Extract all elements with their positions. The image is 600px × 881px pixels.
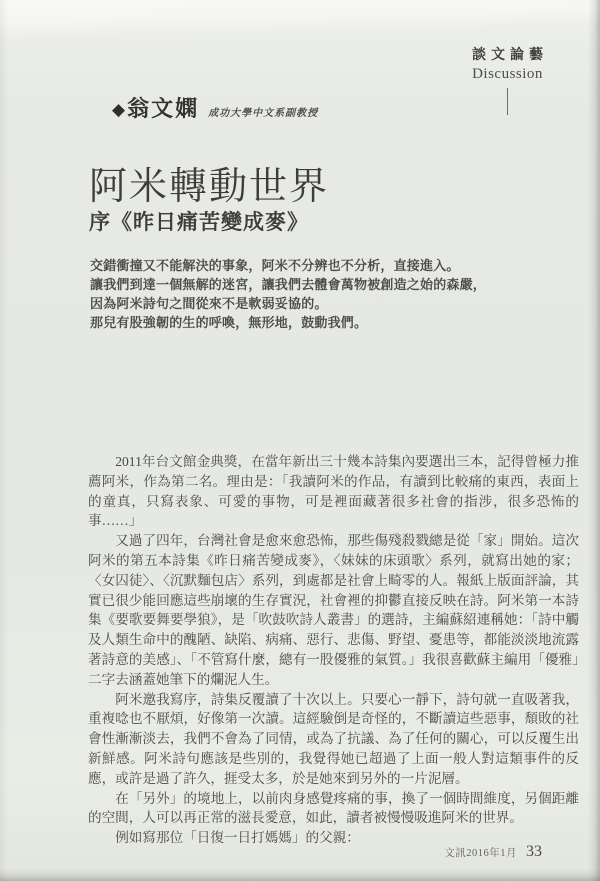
journal-name: 文訊2016年1月	[444, 845, 517, 860]
scan-left-shadow	[0, 0, 8, 881]
category-title-en: Discussion	[467, 66, 548, 83]
intro-block: 交錯衝撞又不能解決的事象，阿米不分辨也不分析，直接進入。 讓我們到達一個無解的迷…	[90, 256, 570, 332]
intro-line: 交錯衝撞又不能解決的事象，阿米不分辨也不分析，直接進入。	[90, 256, 570, 275]
body-paragraph: 在「另外」的境地上，以前肉身感覺疼痛的事，換了一個時間維度，另個距離的空間，人可…	[88, 789, 579, 829]
article-body: 2011年台文館金典獎，在當年新出三十幾本詩集內要選出三本，記得曾極力推薦阿米，…	[88, 452, 579, 848]
author-name: 翁文嫻	[127, 92, 199, 123]
article-subtitle: 序《昨日痛苦變成麥》	[89, 206, 309, 236]
category-title-cjk: 談文論藝	[467, 44, 548, 64]
category-rule	[507, 88, 508, 115]
scan-right-shadow	[588, 0, 600, 881]
scan-bottom-shadow	[0, 869, 600, 881]
scan-top-band	[0, 0, 600, 38]
intro-line: 因為阿米詩句之間從來不是軟弱妥協的。	[90, 294, 570, 313]
scanned-magazine-page: 談文論藝 Discussion ◆ 翁文嫻 成功大學中文系副教授 阿米轉動世界 …	[0, 0, 600, 881]
intro-line: 那兒有股強韌的生的呼喚，無形地，鼓動我們。	[90, 313, 570, 332]
body-paragraph: 又過了四年，台灣社會是愈來愈恐怖，那些傷殘殺戮總是從「家」開始。這次阿米的第五本…	[88, 531, 579, 689]
body-paragraph: 2011年台文館金典獎，在當年新出三十幾本詩集內要選出三本，記得曾極力推薦阿米，…	[88, 452, 579, 531]
byline: ◆ 翁文嫻 成功大學中文系副教授	[112, 92, 318, 123]
diamond-icon: ◆	[112, 100, 125, 120]
page-number: 33	[526, 843, 542, 861]
article-title: 阿米轉動世界	[89, 155, 329, 210]
author-affiliation: 成功大學中文系副教授	[208, 104, 318, 119]
body-paragraph: 阿米邀我寫序，詩集反覆讀了十次以上。只要心一靜下，詩句就一直吸著我，重複唸也不厭…	[88, 690, 579, 789]
intro-line: 讓我們到達一個無解的迷宮，讓我們去體會萬物被創造之始的森嚴，	[90, 275, 570, 294]
page-category: 談文論藝 Discussion	[467, 44, 548, 115]
page-footer: 文訊2016年1月 33	[444, 843, 542, 861]
